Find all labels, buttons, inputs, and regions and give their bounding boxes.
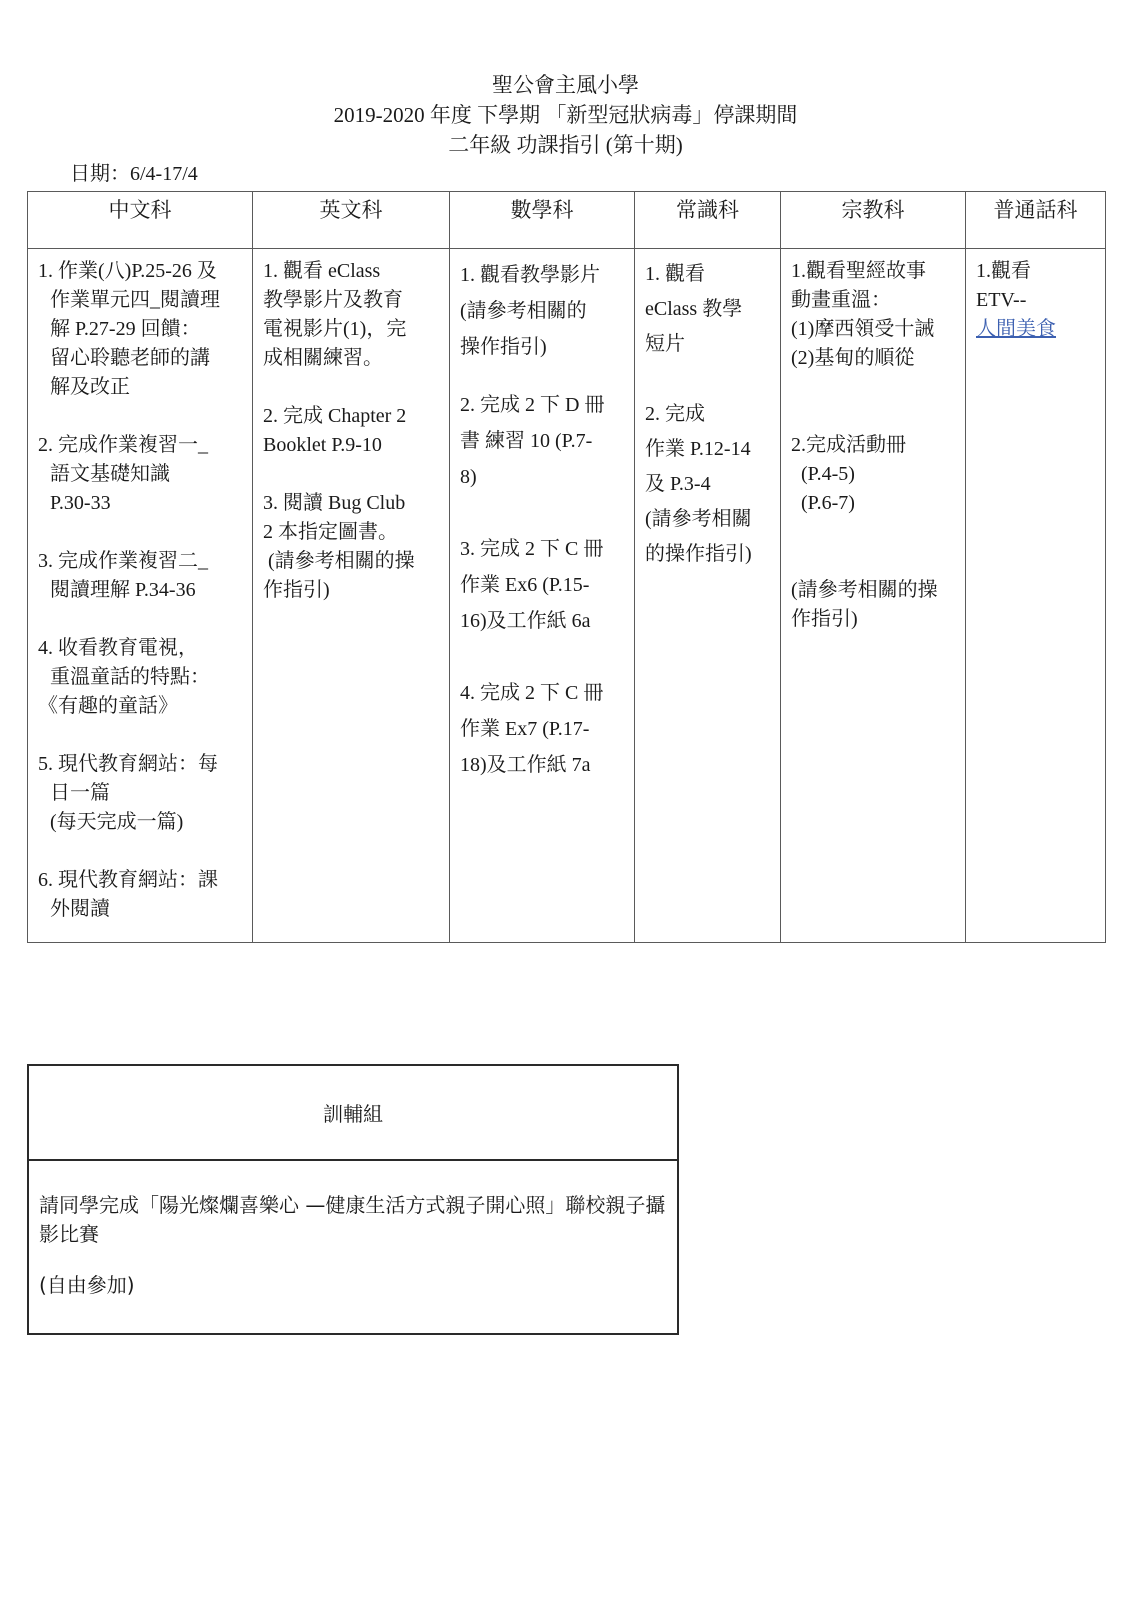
task-item: 1.觀看聖經故事 動畫重溫： (1)摩西領受十誡 (2)基甸的順從 [791, 257, 959, 373]
task-note: (請參考相關的操 作指引) [791, 576, 959, 634]
homework-table: 中文科 英文科 數學科 常識科 宗教科 普通話科 1. 作業(八)P.25-26… [27, 191, 1106, 943]
task-item: 2.完成活動冊 (P.4-5) (P.6-7) [791, 431, 959, 518]
task-item: 5. 現代教育網站：每 日一篇 (每天完成一篇) [38, 750, 246, 837]
etv-link-food[interactable]: 人間美食 [976, 315, 1099, 344]
column-header-chinese: 中文科 [28, 192, 253, 249]
task-item: 4. 收看教育電視， 重溫童話的特點： 《有趣的童話》 [38, 634, 246, 721]
task-item: 6. 現代教育網站：課 外閱讀 [38, 866, 246, 924]
notice-body: 請同學完成「陽光燦爛喜樂心 —健康生活方式親子開心照」聯校親子攝影比賽 (自由參… [29, 1161, 677, 1333]
column-header-religion: 宗教科 [781, 192, 966, 249]
guidance-notice-box: 訓輔組 請同學完成「陽光燦爛喜樂心 —健康生活方式親子開心照」聯校親子攝影比賽 … [27, 1064, 679, 1335]
cell-religion: 1.觀看聖經故事 動畫重溫： (1)摩西領受十誡 (2)基甸的順從 2.完成活動… [781, 249, 966, 943]
notice-title: 訓輔組 [29, 1066, 677, 1161]
task-item: 2. 完成作業複習一_ 語文基礎知識 P.30-33 [38, 431, 246, 518]
task-item: 3. 完成作業複習二_ 閱讀理解 P.34-36 [38, 547, 246, 605]
table-row: 1. 作業(八)P.25-26 及 作業單元四_閱讀理 解 P.27-29 回饋… [28, 249, 1106, 943]
task-item: 1. 觀看教學影片 (請參考相關的 操作指引) [460, 257, 628, 365]
task-item: 1. 觀看 eClass 教學影片及教育 電視影片(1)，完 成相關練習。 [263, 257, 443, 373]
column-header-math: 數學科 [450, 192, 635, 249]
task-item: 4. 完成 2 下 C 冊 作業 Ex7 (P.17- 18)及工作紙 7a [460, 675, 628, 783]
task-item: 2. 完成 Chapter 2 Booklet P.9-10 [263, 402, 443, 460]
date-range: 日期：6/4-17/4 [70, 160, 198, 188]
cell-english: 1. 觀看 eClass 教學影片及教育 電視影片(1)，完 成相關練習。 2.… [253, 249, 450, 943]
term-title: 2019-2020 年度 下學期 「新型冠狀病毒」停課期間 [0, 100, 1131, 130]
task-item: 1.觀看 ETV-- 人間美食 [976, 257, 1099, 344]
table-header-row: 中文科 英文科 數學科 常識科 宗教科 普通話科 [28, 192, 1106, 249]
task-item: 1. 觀看 eClass 教學 短片 [645, 257, 774, 362]
column-header-putonghua: 普通話科 [966, 192, 1106, 249]
task-item: 2. 完成 作業 P.12-14 及 P.3-4 (請參考相關 的操作指引) [645, 397, 774, 572]
cell-putonghua: 1.觀看 ETV-- 人間美食 [966, 249, 1106, 943]
column-header-english: 英文科 [253, 192, 450, 249]
column-header-general-studies: 常識科 [635, 192, 781, 249]
cell-general-studies: 1. 觀看 eClass 教學 短片 2. 完成 作業 P.12-14 及 P.… [635, 249, 781, 943]
cell-chinese: 1. 作業(八)P.25-26 及 作業單元四_閱讀理 解 P.27-29 回饋… [28, 249, 253, 943]
notice-text: 請同學完成「陽光燦爛喜樂心 —健康生活方式親子開心照」聯校親子攝影比賽 [39, 1191, 667, 1249]
notice-note: (自由參加) [39, 1271, 667, 1300]
task-item: 3. 閱讀 Bug Club 2 本指定圖書。 (請參考相關的操 作指引) [263, 489, 443, 605]
document-title: 聖公會主風小學 2019-2020 年度 下學期 「新型冠狀病毒」停課期間 二年… [0, 70, 1131, 160]
task-item: 3. 完成 2 下 C 冊 作業 Ex6 (P.15- 16)及工作紙 6a [460, 531, 628, 639]
cell-math: 1. 觀看教學影片 (請參考相關的 操作指引) 2. 完成 2 下 D 冊 書 … [450, 249, 635, 943]
task-item: 1. 作業(八)P.25-26 及 作業單元四_閱讀理 解 P.27-29 回饋… [38, 257, 246, 402]
task-item: 2. 完成 2 下 D 冊 書 練習 10 (P.7- 8) [460, 387, 628, 495]
guide-subtitle: 二年級 功課指引 (第十期) [0, 130, 1131, 160]
school-name: 聖公會主風小學 [0, 70, 1131, 100]
